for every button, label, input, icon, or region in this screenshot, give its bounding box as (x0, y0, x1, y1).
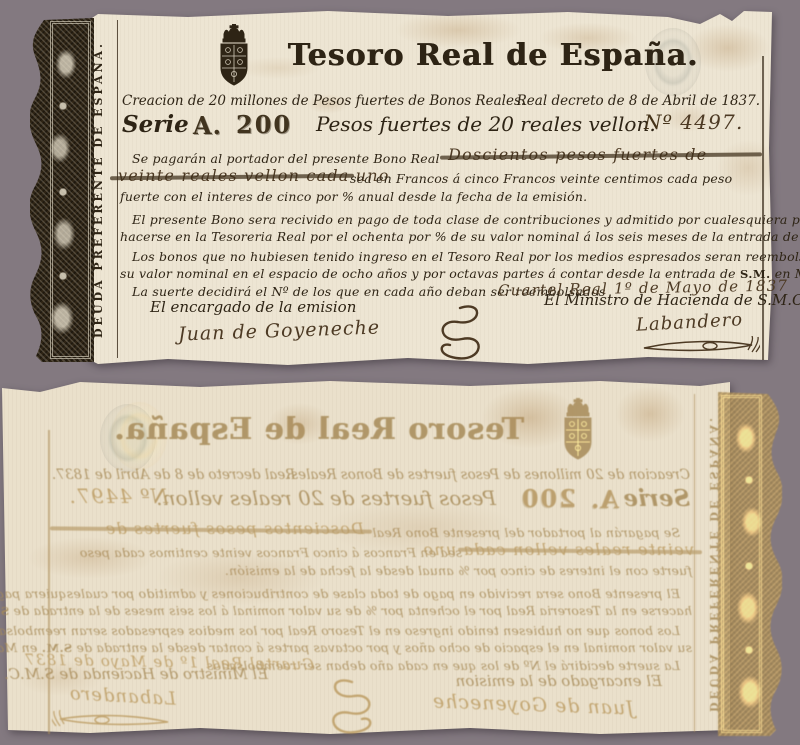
minister-rubric-flourish-icon (52, 710, 172, 732)
document-title: Tesoro Real de España. (84, 412, 554, 447)
pay-intro: Se pagarán al portador del presente Bono… (132, 151, 440, 166)
bond-front: DEUDA PREFERENTE DE ESPAÑA. (28, 8, 772, 370)
engraved-border-strip (718, 392, 782, 736)
decree-line: Real decreto de 8 de Abril de 1837. (52, 467, 295, 483)
decree-line: Real decreto de 8 de Abril de 1837. (517, 93, 760, 109)
serial-number-group: Nº 4497. (68, 484, 168, 508)
left-rule (117, 20, 118, 358)
serial-number: 4497. (680, 110, 743, 134)
clause-contributions-line2-pre: hacerse en la Tesoreria Real por el oche… (9, 603, 692, 618)
number-prefix: Nº (139, 484, 168, 508)
bond-back: DEUDA PREFERENTE DE ESPAÑA. (0, 378, 800, 742)
struck-amount-words-2: veinte reales vellon cada uno (472, 540, 694, 559)
clause-contributions-line2: hacerse en la Tesoreria Real por el oche… (0, 603, 692, 618)
clause-contributions-line1: El presente Bono sera recivido en pago d… (0, 586, 680, 601)
pay-continuation-2: fuerte con el interes de cinco por % anu… (225, 563, 692, 578)
engraved-border-strip (30, 18, 94, 362)
serie-label: Serie (623, 485, 690, 512)
creation-line: Creacion de 20 millones de Pesos fuertes… (287, 467, 690, 483)
pay-intro: Se pagarán al portador del presente Bono… (372, 525, 680, 540)
serie-letter: A. (590, 485, 619, 514)
struck-amount-words-1: Doscientos pesos fuertes de (64, 519, 364, 538)
front-note-content: DEUDA PREFERENTE DE ESPAÑA. (28, 8, 772, 370)
clause-contributions-line2: hacerse en la Tesoreria Real por el oche… (120, 229, 800, 244)
border-vertical-text: DEUDA PREFERENTE DE ESPAÑA. (696, 392, 720, 736)
king-name: S.M.C.D. CARLOS Vº (0, 604, 9, 618)
issuer-rubric-flourish-icon (322, 678, 386, 740)
minister-role-label: El Ministro de Hacienda de S.M.C. (4, 665, 268, 683)
clause-reimburse-line1: Los bonos que no hubiesen tenido ingreso… (132, 249, 800, 264)
issuer-signature: Juan de Goyeneche (178, 316, 381, 345)
pay-continuation-1: sea en Francos á cinco Francos veinte ce… (80, 545, 462, 560)
denomination-text: Pesos fuertes de 20 reales vellon. (156, 486, 496, 510)
minister-role-label: El Ministro de Hacienda de S.M.C. (544, 291, 800, 309)
document-title: Tesoro Real de España. (258, 38, 728, 73)
right-rule (49, 430, 51, 734)
denomination-text: Pesos fuertes de 20 reales vellon. (316, 112, 656, 136)
clause-contributions-line2-pre: hacerse en la Tesoreria Real por el oche… (120, 229, 800, 244)
serial-number-group: Nº 4497. (644, 110, 744, 134)
struck-amount-words-2: veinte reales vellon cada uno (118, 166, 340, 185)
creation-line: Creacion de 20 millones de Pesos fuertes… (122, 93, 525, 109)
struck-amount-words-1: Doscientos pesos fuertes de (448, 145, 748, 164)
pay-continuation-2: fuerte con el interes de cinco por % anu… (120, 189, 587, 204)
issuer-rubric-flourish-icon (426, 304, 490, 366)
issuer-role-label: El encargado de la emision (150, 298, 356, 316)
clause-contributions-line1: El presente Bono sera recivido en pago d… (132, 212, 800, 227)
issuer-signature: Juan de Goyeneche (432, 690, 635, 719)
right-rule (762, 56, 764, 360)
minister-signature: Labandero (68, 683, 176, 710)
serie-letter: A. (193, 111, 222, 140)
serial-number: 4497. (68, 484, 131, 508)
minister-signature: Labandero (636, 309, 744, 336)
border-frame (50, 21, 91, 359)
number-prefix: Nº (644, 110, 673, 134)
left-rule (694, 394, 695, 732)
denomination-value: 200 (236, 110, 292, 139)
photo-background: DEUDA PREFERENTE DE ESPAÑA. (0, 0, 800, 745)
back-note-content: DEUDA PREFERENTE DE ESPAÑA. (40, 382, 784, 744)
coat-of-arms-icon (556, 398, 600, 462)
clause-reimburse-line1: Los bonos que no hubiesen tenido ingreso… (0, 623, 680, 638)
denomination-value: 200 (520, 484, 576, 513)
serie-label: Serie (122, 111, 189, 138)
issuer-role-label: El encargado de la emision (456, 672, 662, 690)
border-vertical-text: DEUDA PREFERENTE DE ESPAÑA. (92, 18, 116, 362)
pay-continuation-1: sea en Francos á cinco Francos veinte ce… (350, 171, 732, 186)
minister-rubric-flourish-icon (640, 336, 760, 358)
coat-of-arms-icon (212, 24, 256, 88)
border-frame (721, 395, 762, 733)
